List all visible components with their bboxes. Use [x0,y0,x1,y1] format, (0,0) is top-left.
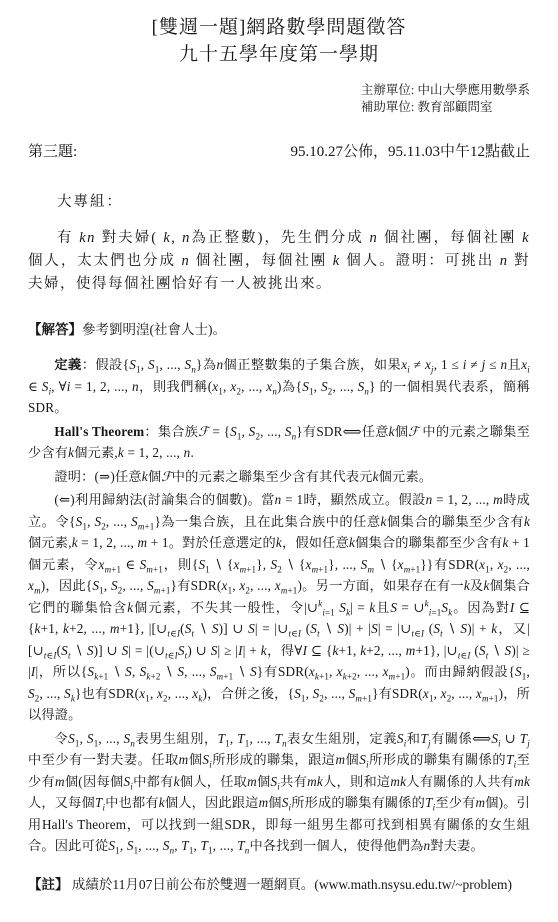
organizer-line: 主辦單位: 中山大學應用數學系 [361,82,530,99]
proof-backward-paragraph: (⇐)利用歸納法(討論集合的個數)。當n = 1時，顯然成立。假設n = 1, … [28,489,530,726]
problem-header-row: 第三題: 95.10.27公佈，95.11.03中午12點截止 [28,142,530,162]
definition-paragraph: 定義：假設{S1, S1, ..., Sn}為n個正整數集的子集合族，如果xi … [28,354,530,419]
problem-statement: 有 kn 對夫婦( k, n為正整數)，先生們分成 n 個社團，每個社團 k 個… [28,227,530,296]
publish-deadline-text: 95.10.27公佈，95.11.03中午12點截止 [291,142,530,162]
proof-forward-paragraph: 證明：(⇒)任意k個ℱ中的元素之聯集至少含有其代表元k個元素。 [28,466,530,488]
halls-theorem-paragraph: Hall's Theorem：集合族ℱ = {S1, S2, ..., Sn}有… [28,421,530,464]
problem-number-label: 第三題: [28,142,77,162]
page-title-line1: [雙週一題]網路數學問題徵答 [28,14,530,41]
footnote: 【註】 成績於11月07日前公布於雙週一題網頁。(www.math.nsysu.… [28,875,530,895]
document-page: [雙週一題]網路數學問題徵答 九十五學年度第一學期 主辦單位: 中山大學應用數學… [0,0,558,922]
sponsor-line: 補助單位: 教育部顧問室 [361,99,530,116]
organizer-block: 主辦單位: 中山大學應用數學系 補助單位: 教育部顧問室 [28,82,530,116]
application-paragraph: 令S1, S1, ..., Sn表男生組別，T1, T1, ..., Tn表女生… [28,728,530,857]
page-title-line2: 九十五學年度第一學期 [28,41,530,68]
group-label: 大專組： [28,190,530,211]
solution-heading: 【解答】參考劉明湟(社會人士)。 [28,320,530,340]
title-block: [雙週一題]網路數學問題徵答 九十五學年度第一學期 [28,14,530,68]
